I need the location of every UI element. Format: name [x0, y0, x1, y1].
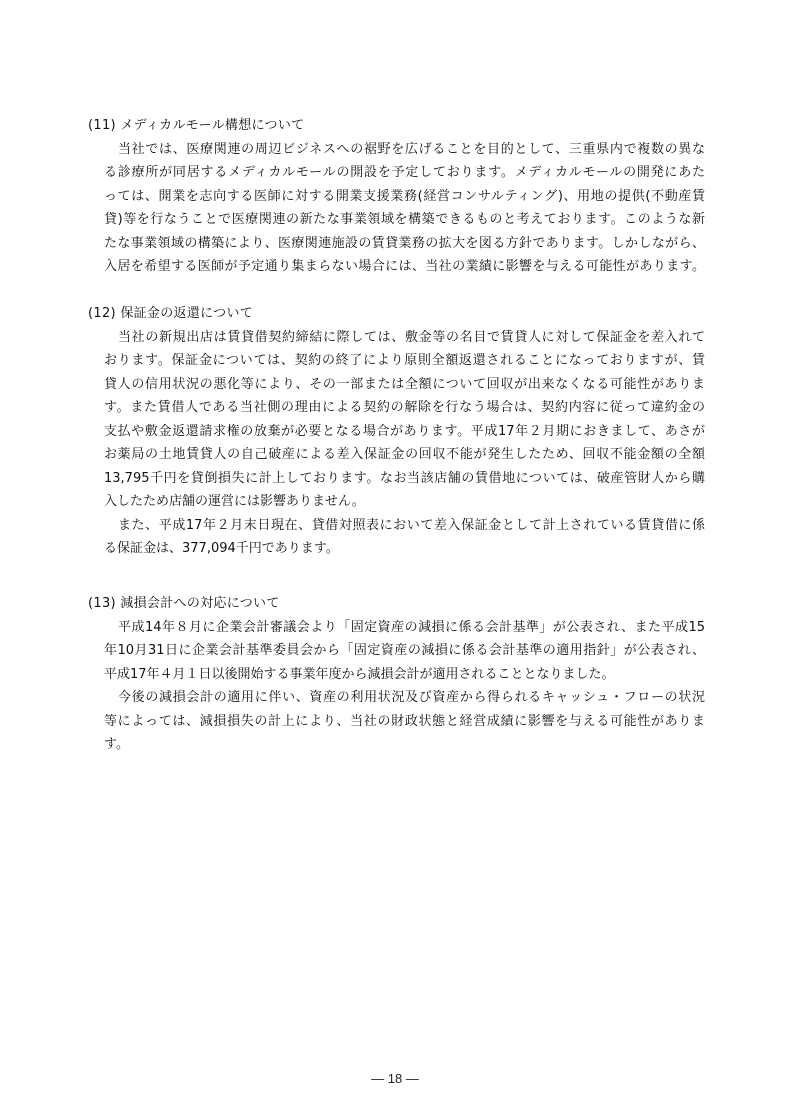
paragraph-line: る診療所が同居するメディカルモールの開設を予定しております。メディカルモールの開…: [88, 161, 705, 185]
paragraph-line: 年10月31日に企業会計基準委員会から「固定資産の減損に係る会計基準の適用指針」…: [88, 639, 705, 663]
paragraph-line: 等によっては、減損損失の計上により、当社の財政状態と経営成績に影響を与える可能性…: [88, 710, 705, 734]
paragraph-line: 当社の新規出店は賃貸借契約締結に際しては、敷金等の名目で賃貸人に対して保証金を差…: [88, 326, 705, 350]
paragraph-line: 貸)等を行なうことで医療関連の新たな事業領域を構築できるものと考えております。こ…: [88, 208, 705, 232]
paragraph-line: おります。保証金については、契約の終了により原則全額返還されることになっておりま…: [88, 349, 705, 373]
paragraph-line: お薬局の土地賃貸人の自己破産による差入保証金の回収不能が発生したため、回収不能金…: [88, 443, 705, 467]
paragraph-line: 平成14年８月に企業会計審議会より「固定資産の減損に係る会計基準」が公表され、ま…: [88, 616, 705, 640]
paragraph-line: 今後の減損会計の適用に伴い、資産の利用状況及び資産から得られるキャッシュ・フロー…: [88, 686, 705, 710]
paragraph-line: す。また賃借人である当社側の理由による契約の解除を行なう場合は、契約内容に従って…: [88, 396, 705, 420]
page-number: — 18 —: [0, 1071, 790, 1086]
paragraph-line: る保証金は、377,094千円であります。: [88, 537, 705, 561]
paragraph-line: 平成17年４月１日以後開始する事業年度から減損会計が適用されることとなりました。: [88, 663, 705, 687]
paragraph-line: す。: [88, 733, 705, 757]
paragraph-line: また、平成17年２月末日現在、貸借対照表において差入保証金として計上されている賃…: [88, 514, 705, 538]
section-medical-mall: (11) メディカルモール構想について 当社では、医療関連の周辺ビジネスへの裾野…: [88, 114, 708, 279]
section-heading: (11) メディカルモール構想について: [88, 114, 708, 138]
section-heading: (13) 減損会計への対応について: [88, 592, 708, 616]
paragraph-line: 支払や敷金返還請求権の放棄が必要となる場合があります。平成17年２月期におきまし…: [88, 420, 705, 444]
paragraph-line: 13,795千円を貸倒損失に計上しております。なお当該店舗の賃借地については、破…: [88, 467, 705, 491]
paragraph-line: 入したため店舗の運営には影響ありません。: [88, 490, 705, 514]
paragraph-line: 貸人の信用状況の悪化等により、その一部または全額について回収が出来なくなる可能性…: [88, 373, 705, 397]
document-page: (11) メディカルモール構想について 当社では、医療関連の周辺ビジネスへの裾野…: [0, 0, 790, 1118]
paragraph-line: 当社では、医療関連の周辺ビジネスへの裾野を広げることを目的として、三重県内で複数…: [88, 138, 705, 162]
paragraph-line: たな事業領域の構築により、医療関連施設の賃貸業務の拡大を図る方針であります。しか…: [88, 232, 705, 256]
section-impairment-accounting: (13) 減損会計への対応について 平成14年８月に企業会計審議会より「固定資産…: [88, 592, 708, 757]
section-deposit-return: (12) 保証金の返還について 当社の新規出店は賃貸借契約締結に際しては、敷金等…: [88, 302, 708, 561]
paragraph-line: っては、開業を志向する医師に対する開業支援業務(経営コンサルティング)、用地の提…: [88, 185, 705, 209]
section-heading: (12) 保証金の返還について: [88, 302, 708, 326]
paragraph-line: 入居を希望する医師が予定通り集まらない場合には、当社の業績に影響を与える可能性が…: [88, 255, 705, 279]
